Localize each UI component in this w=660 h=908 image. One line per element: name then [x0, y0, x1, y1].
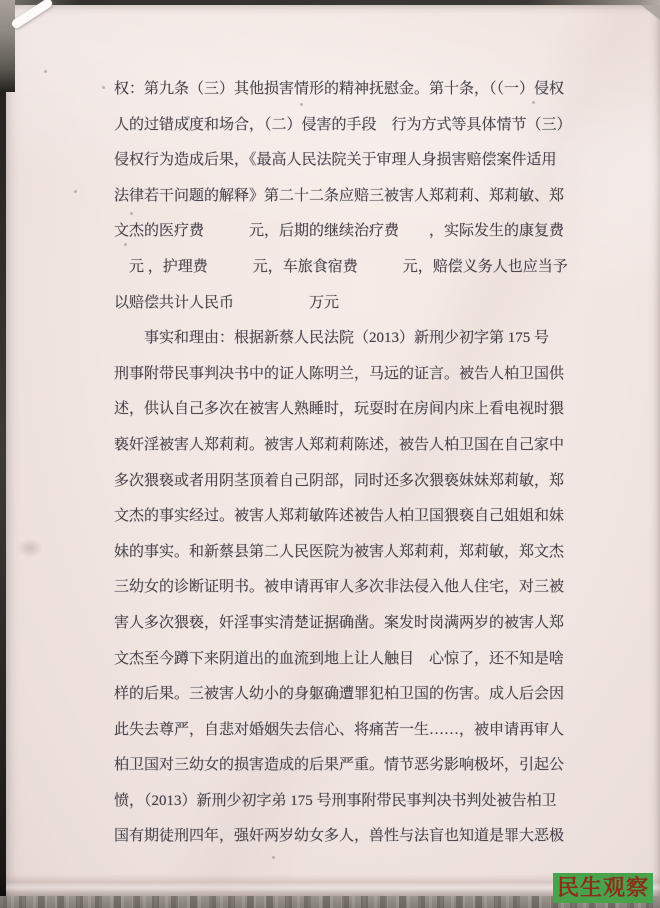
- document-line: 事实和理由：根据新蔡人民法院（2013）新刑少初字第 175 号: [114, 321, 576, 357]
- document-line: 此失去尊严，自悲对婚姻失去信心、将痛苦一生……，被申请再审人: [114, 713, 576, 749]
- document-line: 样的后果。三被害人幼小的身躯确遭罪犯柏卫国的伤害。成人后会因: [114, 677, 576, 713]
- document-line: 柏卫国对三幼女的损害造成的后果严重。情节恶劣影响极坏，引起公: [114, 748, 576, 784]
- scan-edge-top: [0, 0, 660, 5]
- paper-speck: [44, 70, 47, 73]
- scan-corner-blotch: [0, 0, 15, 92]
- document-line: 人的过错成度和场合，（二）侵害的手段 行为方式等具体情节（三）: [114, 108, 576, 144]
- paper-speck: [74, 190, 77, 193]
- document-line: 多次猥亵或者用阴茎顶着自己阴部，同时还多次猥亵妹妹郑莉敏，郑: [114, 464, 576, 500]
- document-line: 法律若干问题的解释》第二十二条应赔三被害人郑莉莉、郑莉敏、郑: [114, 179, 576, 215]
- scanned-document-page: 权：第九条（三）其他损害情形的精神抚慰金。第十条，（（一）侵权 人的过错成度和场…: [0, 0, 660, 908]
- document-line: 元 ，护理费 元，车旅食宿费 元，赔偿义务人也应当予: [114, 250, 576, 286]
- watermark-badge: 民生观察: [553, 873, 653, 903]
- document-line: 权：第九条（三）其他损害情形的精神抚慰金。第十条，（（一）侵权: [114, 72, 576, 108]
- document-line: 三幼女的诊断证明书。被申请再审人多次非法侵入他人住宅，对三被: [114, 570, 576, 606]
- scan-edge-left: [0, 0, 6, 908]
- document-line: 刑事附带民事判决书中的证人陈明兰，马远的证言。被告人柏卫国供: [114, 357, 576, 393]
- paper-smudge: [17, 538, 43, 558]
- document-line: 述，供认自己多次在被害人熟睡时，玩耍时在房间内床上看电视时猥: [114, 392, 576, 428]
- paper-speck: [102, 86, 105, 89]
- document-line: 愤，（2013）新刑少初字弟 175 号刑事附带民事判决书判处被告柏卫: [114, 784, 576, 820]
- paper-corner-cut: [641, 5, 660, 20]
- document-line: 国有期徒刑四年，强奸两岁幼女多人，兽性与法盲也知道是罪大恶极: [114, 819, 576, 855]
- document-line: 妹的事实。和新蔡县第二人民医院为被害人郑莉莉，郑莉敏，郑文杰: [114, 535, 576, 571]
- document-line: 害人多次猥亵，奸淫事实清楚证据确凿。案发时岗满两岁的被害人郑: [114, 606, 576, 642]
- document-line: 文杰至今蹲下来阴道出的血流到地上让人触目 心惊了，还不知是啥: [114, 642, 576, 678]
- paper-speck: [272, 856, 275, 859]
- document-line: 文杰的事实经过。被害人郑莉敏阵述被告人柏卫国猥亵自己姐姐和妹: [114, 499, 576, 535]
- document-body: 权：第九条（三）其他损害情形的精神抚慰金。第十条，（（一）侵权 人的过错成度和场…: [114, 72, 576, 855]
- document-line: 亵奸淫被害人郑莉莉。被害人郑莉莉陈述，被告人柏卫国在自己家中: [114, 428, 576, 464]
- document-line: 以赔偿共计人民币 万元: [114, 286, 576, 322]
- document-line: 文杰的医疗费 元，后期的继续治疗费 ，实际发生的康复费: [114, 214, 576, 250]
- document-line: 侵权行为造成后果，《最高人民法院关于审理人身损害赔偿案件适用: [114, 143, 576, 179]
